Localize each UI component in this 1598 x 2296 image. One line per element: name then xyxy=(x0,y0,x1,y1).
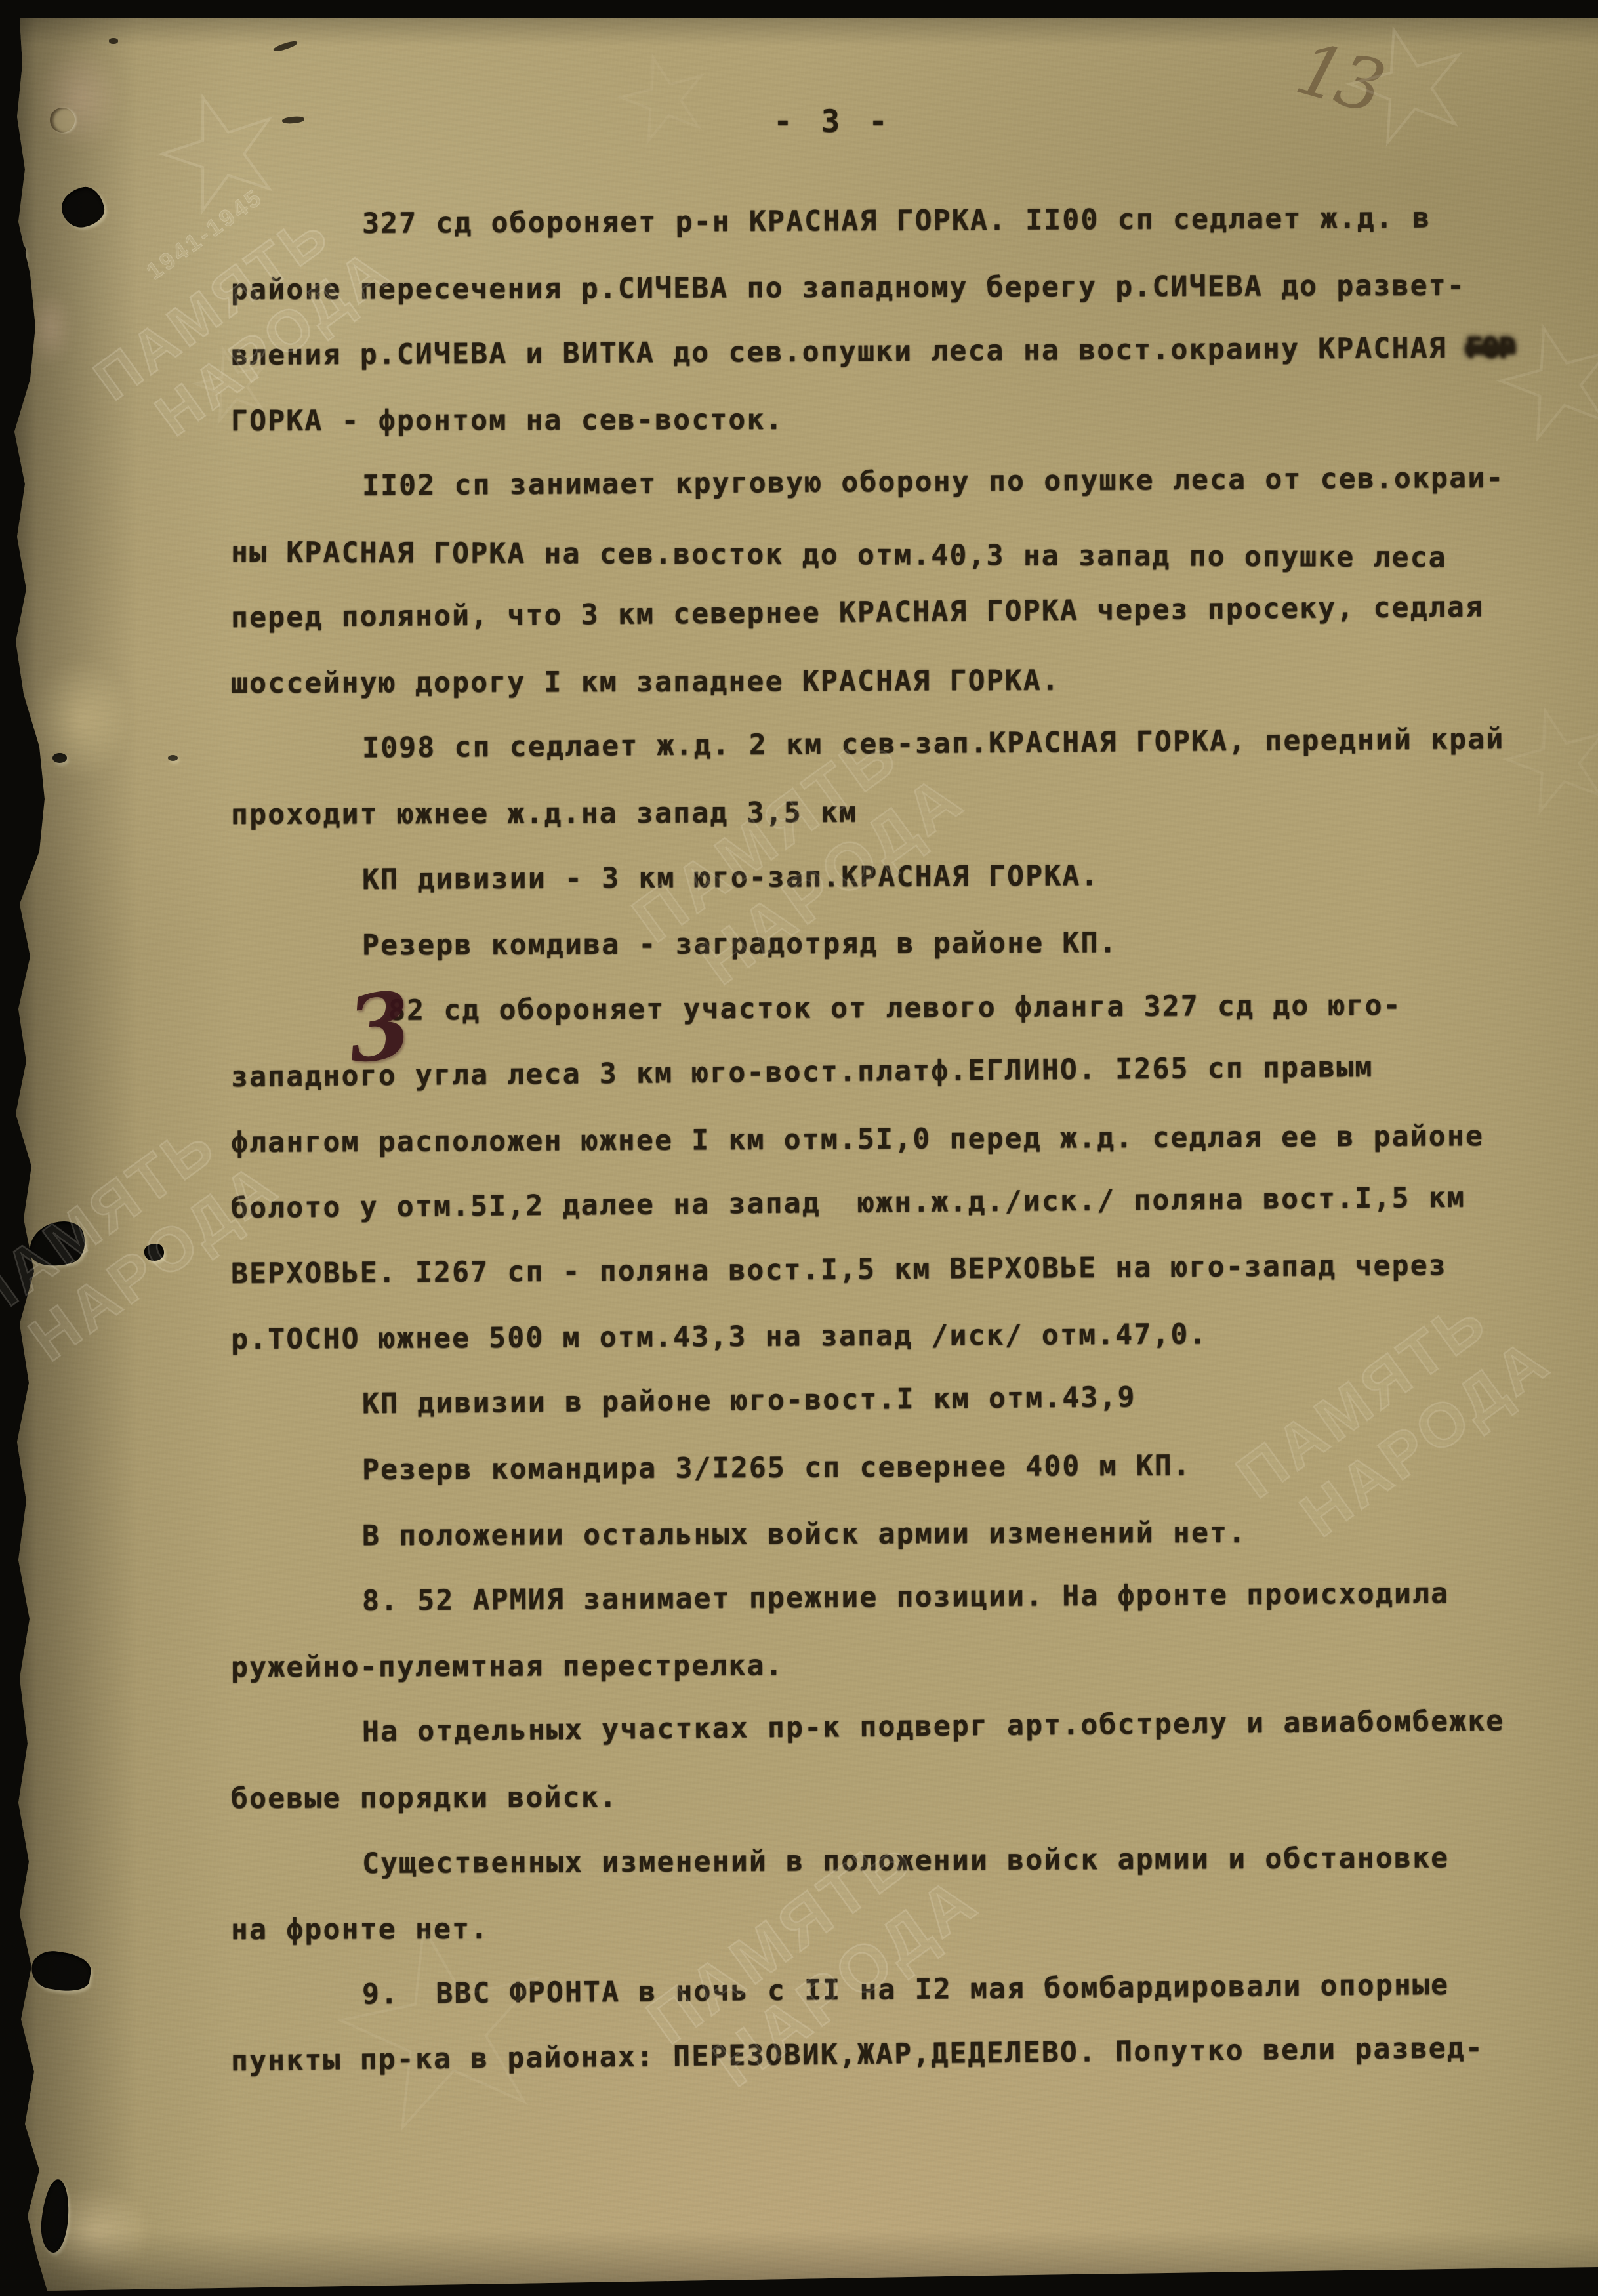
paper-hole xyxy=(144,1244,164,1261)
paper-stain xyxy=(18,274,81,382)
typed-line: КП дивизии - 3 км юго-зап.КРАСНАЯ ГОРКА. xyxy=(231,840,1556,913)
typed-line: шоссейную дорогу I км западнее КРАСНАЯ Г… xyxy=(231,646,1556,716)
typed-line-text: ВЕРХОВЬЕ. I267 сп - поляна вост.I,5 км В… xyxy=(231,1249,1447,1290)
typed-line: на фронте нет. xyxy=(231,1893,1556,1963)
typed-line: западного угла леса 3 км юго-вост.платф.… xyxy=(231,1033,1557,1110)
typed-line-text: 9. ВВС ФРОНТА в ночь с II на I2 мая бомб… xyxy=(362,1969,1450,2011)
typed-line: 82 сд обороняет участок от левого фланга… xyxy=(231,972,1556,1044)
typed-line-text: КП дивизии - 3 км юго-зап.КРАСНАЯ ГОРКА. xyxy=(362,859,1099,896)
paper-hole xyxy=(29,1948,93,1994)
typed-line: 8. 52 АРМИЯ занимает прежние позиции. На… xyxy=(231,1560,1557,1635)
ink-speck xyxy=(282,116,305,125)
typed-line: КП дивизии в районе юго-вост.I км отм.43… xyxy=(231,1361,1557,1438)
typed-line-text: В положении остальных войск армии измене… xyxy=(362,1517,1246,1553)
paper-hole xyxy=(52,753,67,763)
typed-line: Существенных изменений в положении войск… xyxy=(231,1824,1556,1897)
typed-line-text: 327 сд обороняет р-н КРАСНАЯ ГОРКА. II00… xyxy=(362,201,1431,240)
typed-line-text: I098 сп седлает ж.д. 2 км сев-зап.КРАСНА… xyxy=(362,723,1505,765)
typed-line-text: районе пересечения р.СИЧЕВА по западному… xyxy=(231,269,1465,306)
typed-line: II02 сп занимает круговую оборону по опу… xyxy=(231,445,1557,520)
ink-speck xyxy=(109,38,118,44)
typed-line-text: р.ТОСНО южнее 500 м отм.43,3 на запад /и… xyxy=(231,1318,1208,1356)
handwritten-page-number: 13 xyxy=(1288,26,1389,129)
typed-line: На отдельных участках пр-к подверг арт.о… xyxy=(231,1688,1557,1766)
typed-line: болото у отм.5I,2 далее на запад южн.ж.д… xyxy=(231,1164,1557,1241)
typed-line-text: ружейно-пулемтная перестрелка. xyxy=(231,1649,784,1684)
typed-line: пункты пр-ка в районах: ПЕРЕЗОВИК,ЖАР,ДЕ… xyxy=(230,2015,1556,2094)
paper-dent xyxy=(45,103,79,136)
typed-line-text: на фронте нет. xyxy=(231,1913,489,1946)
paper-hole xyxy=(10,241,26,268)
paper-hole xyxy=(168,755,178,761)
typed-line-text: Существенных изменений в положении войск… xyxy=(362,1841,1449,1880)
overtyped-smudge: ГОР xyxy=(1465,315,1515,380)
paper-stain xyxy=(10,634,150,806)
typed-line-text: шоссейную дорогу I км западнее КРАСНАЯ Г… xyxy=(231,665,1060,700)
typed-line-text: Резерв командира 3/I265 сп севернее 400 … xyxy=(362,1449,1191,1486)
typed-line-text: II02 сп занимает круговую оборону по опу… xyxy=(362,461,1505,502)
typed-line-text: 82 сд обороняет участок от левого фланга… xyxy=(388,989,1402,1027)
typed-line: ГОРКА - фронтом на сев-восток. xyxy=(231,385,1556,454)
typed-line: Резерв комдива - заградотряд в районе КП… xyxy=(231,909,1556,979)
typed-line-text: 8. 52 АРМИЯ занимает прежние позиции. На… xyxy=(362,1577,1450,1618)
typed-line: В положении остальных войск армии измене… xyxy=(231,1499,1556,1569)
typed-line-text: флангом расположен южнее I км отм.5I,0 п… xyxy=(231,1120,1484,1159)
typed-line-text: ны КРАСНАЯ ГОРКА на сев.восток до отм.40… xyxy=(231,536,1447,574)
paper-sheet: - 3 - 13 327 сд обороняет р-н КРАСНАЯ ГО… xyxy=(0,0,1598,2296)
ink-speck xyxy=(273,39,298,52)
paper-hole xyxy=(39,2178,72,2253)
typed-line-text: вления р.СИЧЕВА и ВИТКА до сев.опушки ле… xyxy=(231,332,1465,372)
typed-line-text: перед поляной, что 3 км севернее КРАСНАЯ… xyxy=(231,590,1484,634)
typed-line: ВЕРХОВЬЕ. I267 сп - поляна вост.I,5 км В… xyxy=(231,1232,1557,1307)
paper-hole xyxy=(58,184,107,231)
typed-line: 327 сд обороняет р-н КРАСНАЯ ГОРКА. II00… xyxy=(231,184,1556,257)
typed-line: I098 сп седлает ж.д. 2 км сев-зап.КРАСНА… xyxy=(231,706,1557,782)
typed-line-text: проходит южнее ж.д.на запад 3,5 км xyxy=(231,796,857,831)
paper-hole xyxy=(24,1217,89,1273)
typed-line-text: западного угла леса 3 км юго-вост.платф.… xyxy=(231,1051,1374,1094)
typed-line: вления р.СИЧЕВА и ВИТКА до сев.опушки ле… xyxy=(231,315,1557,388)
typed-line: проходит южнее ж.д.на запад 3,5 км xyxy=(231,777,1556,848)
typed-line-text: КП дивизии в районе юго-вост.I км отм.43… xyxy=(362,1381,1136,1420)
typed-text-block: 327 сд обороняет р-н КРАСНАЯ ГОРКА. II00… xyxy=(231,192,1556,2094)
typed-line-text: На отдельных участках пр-к подверг арт.о… xyxy=(362,1704,1505,1748)
typed-line: флангом расположен южнее I км отм.5I,0 п… xyxy=(231,1103,1556,1176)
typed-line: районе пересечения р.СИЧЕВА по западному… xyxy=(231,253,1556,323)
typed-line-text: Резерв комдива - заградотряд в районе КП… xyxy=(362,926,1118,962)
typed-page-number: - 3 - xyxy=(695,104,971,140)
typed-line: боевые порядки войск. xyxy=(231,1761,1556,1832)
paper-stain xyxy=(18,25,139,172)
typed-line-text: ГОРКА - фронтом на сев-восток. xyxy=(231,403,784,438)
scanned-document-page: { "scan": { "page": { "typed_page_number… xyxy=(0,0,1598,2296)
typed-line-text: пункты пр-ка в районах: ПЕРЕЗОВИК,ЖАР,ДЕ… xyxy=(231,2032,1484,2078)
typed-line: перед поляной, что 3 км севернее КРАСНАЯ… xyxy=(231,573,1557,651)
typed-line-text: болото у отм.5I,2 далее на запад южн.ж.д… xyxy=(231,1181,1465,1225)
typed-line: Резерв командира 3/I265 сп севернее 400 … xyxy=(231,1431,1556,1504)
typed-line: р.ТОСНО южнее 500 м отм.43,3 на запад /и… xyxy=(231,1300,1556,1372)
typed-line-text: боевые порядки войск. xyxy=(231,1781,618,1815)
